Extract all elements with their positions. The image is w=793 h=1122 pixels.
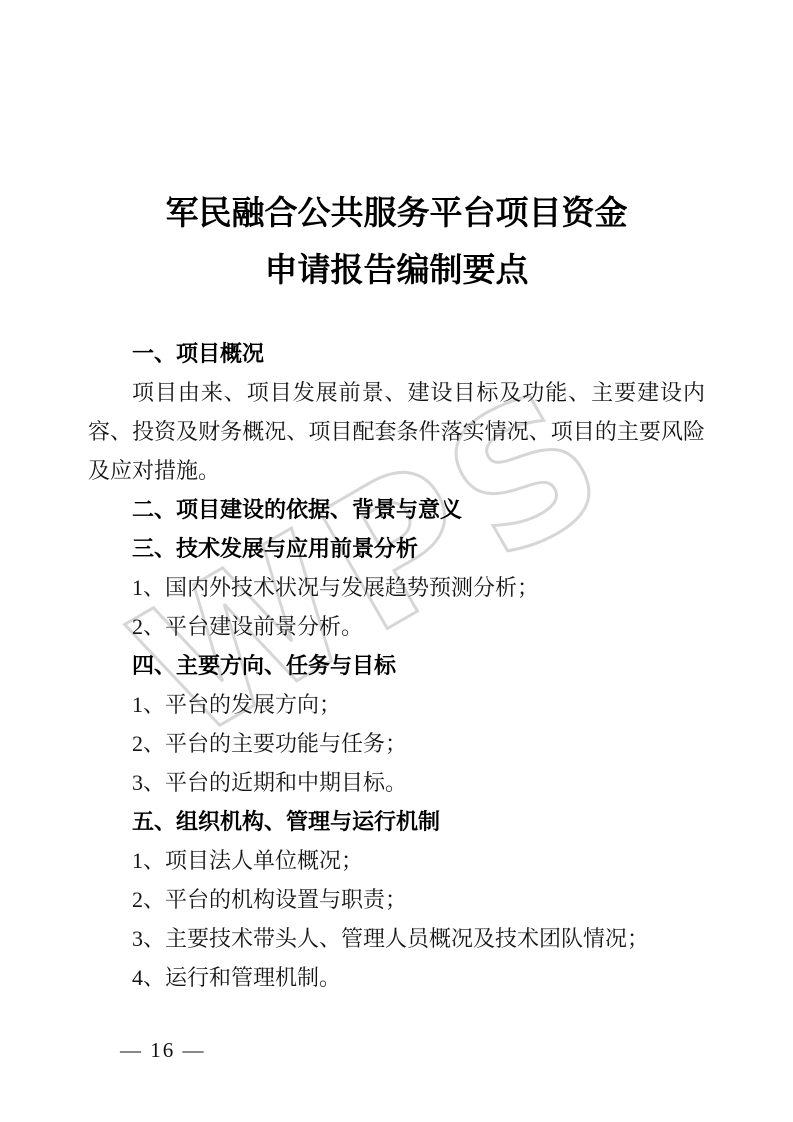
document-content: 军民融合公共服务平台项目资金 申请报告编制要点 一、项目概况 项目由来、项目发展… <box>0 0 793 997</box>
section-heading-1: 一、项目概况 <box>88 334 705 373</box>
document-body: 一、项目概况 项目由来、项目发展前景、建设目标及功能、主要建设内容、投资及财务概… <box>88 334 705 997</box>
section-heading-5: 五、组织机构、管理与运行机制 <box>88 802 705 841</box>
list-item: 4、运行和管理机制。 <box>88 958 705 997</box>
section-heading-3: 三、技术发展与应用前景分析 <box>88 529 705 568</box>
list-item: 2、平台的主要功能与任务； <box>88 724 705 763</box>
list-item: 2、平台的机构设置与职责； <box>88 880 705 919</box>
section-paragraph: 项目由来、项目发展前景、建设目标及功能、主要建设内容、投资及财务概况、项目配套条… <box>88 373 705 490</box>
list-item: 1、平台的发展方向； <box>88 685 705 724</box>
section-heading-2: 二、项目建设的依据、背景与意义 <box>88 490 705 529</box>
list-item: 1、项目法人单位概况； <box>88 841 705 880</box>
list-item: 2、平台建设前景分析。 <box>88 607 705 646</box>
document-page: WPS 军民融合公共服务平台项目资金 申请报告编制要点 一、项目概况 项目由来、… <box>0 0 793 1122</box>
section-heading-4: 四、主要方向、任务与目标 <box>88 646 705 685</box>
list-item: 1、国内外技术状况与发展趋势预测分析； <box>88 568 705 607</box>
title-line-2: 申请报告编制要点 <box>88 243 705 300</box>
page-number: — 16 — <box>120 1038 206 1063</box>
list-item: 3、平台的近期和中期目标。 <box>88 763 705 802</box>
title-line-1: 军民融合公共服务平台项目资金 <box>88 186 705 243</box>
document-title: 军民融合公共服务平台项目资金 申请报告编制要点 <box>88 186 705 300</box>
list-item: 3、主要技术带头人、管理人员概况及技术团队情况； <box>88 919 705 958</box>
